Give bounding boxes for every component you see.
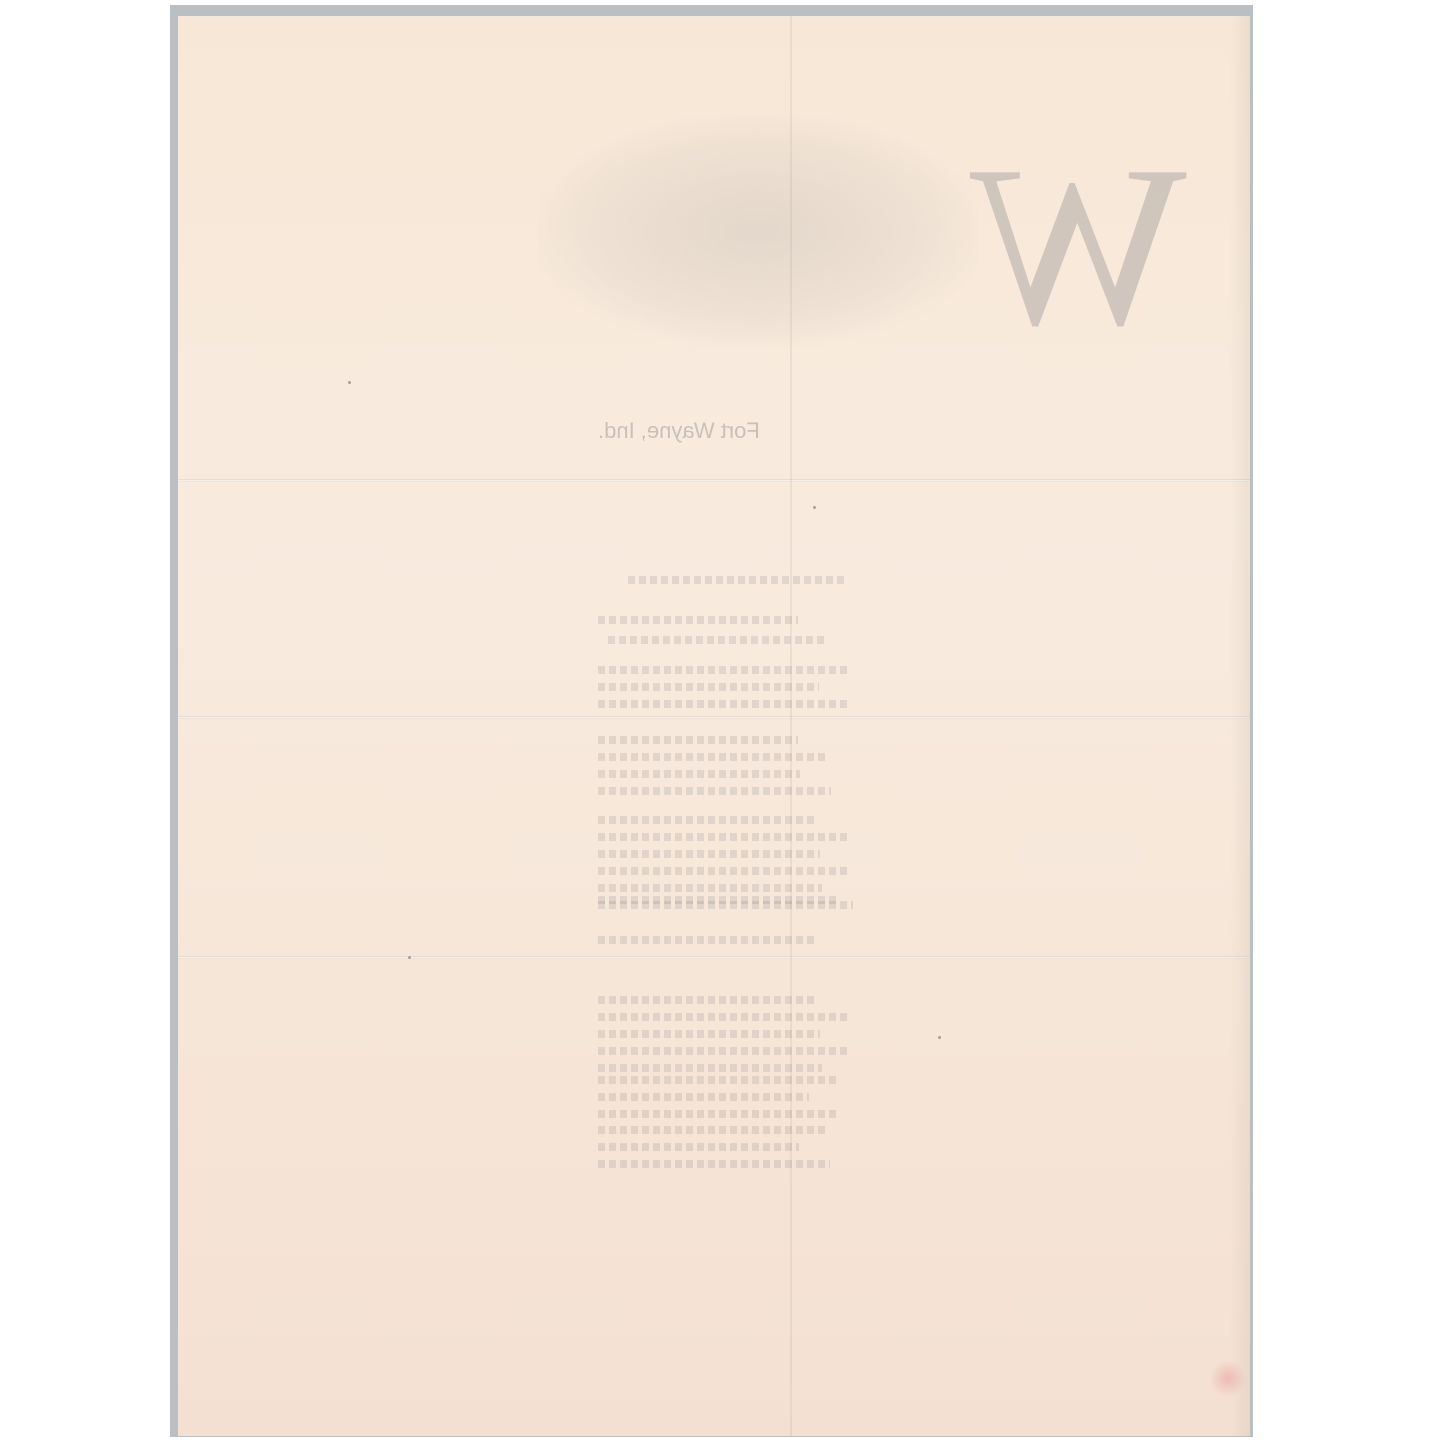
ghost-text-line — [598, 1030, 820, 1038]
ghost-text-line — [598, 896, 838, 904]
ghost-text-line — [598, 1093, 809, 1101]
fold-line — [178, 956, 1250, 959]
ghost-text-line — [598, 1143, 799, 1151]
ghost-text-line — [598, 1047, 851, 1055]
ghost-text-line — [598, 833, 849, 841]
letter-sheet: W Fort Wayne, Ind. — [178, 16, 1250, 1436]
fold-line — [178, 716, 1250, 719]
ghost-text-line — [598, 666, 848, 674]
paper-speck — [408, 956, 411, 959]
ghost-text-line — [598, 1110, 840, 1118]
ghost-text-line — [598, 753, 829, 761]
ghost-text-line — [598, 884, 822, 892]
ghost-text-line — [598, 1076, 838, 1084]
red-stamp-mark — [1208, 1361, 1248, 1396]
fold-line — [178, 479, 1250, 482]
paper-speck — [348, 381, 351, 384]
ghost-letterhead-emblem — [538, 116, 978, 346]
ghost-text-line — [598, 736, 798, 744]
ghost-text-line — [628, 576, 848, 584]
paper-speck — [813, 506, 816, 509]
ghost-text-line — [598, 867, 851, 875]
ghost-text-line — [598, 1064, 822, 1072]
ghost-text-line — [598, 996, 818, 1004]
ghost-text-line — [598, 770, 800, 778]
ghost-text-line — [608, 636, 828, 644]
paper-speck — [938, 1036, 941, 1039]
ghost-text-line — [598, 787, 831, 795]
ghost-text-line — [598, 1013, 849, 1021]
ghost-text-line — [598, 616, 798, 624]
ghost-text-line — [598, 683, 819, 691]
ghost-monogram: W — [948, 131, 1208, 401]
ghost-place-text: Fort Wayne, Ind. — [598, 418, 760, 444]
ghost-text-line — [598, 816, 818, 824]
ghost-text-line — [598, 700, 850, 708]
ghost-text-line — [598, 1126, 828, 1134]
ghost-text-line — [598, 1160, 830, 1168]
ghost-text-line — [598, 936, 818, 944]
vertical-crease — [790, 16, 792, 1436]
ghost-text-line — [598, 850, 820, 858]
